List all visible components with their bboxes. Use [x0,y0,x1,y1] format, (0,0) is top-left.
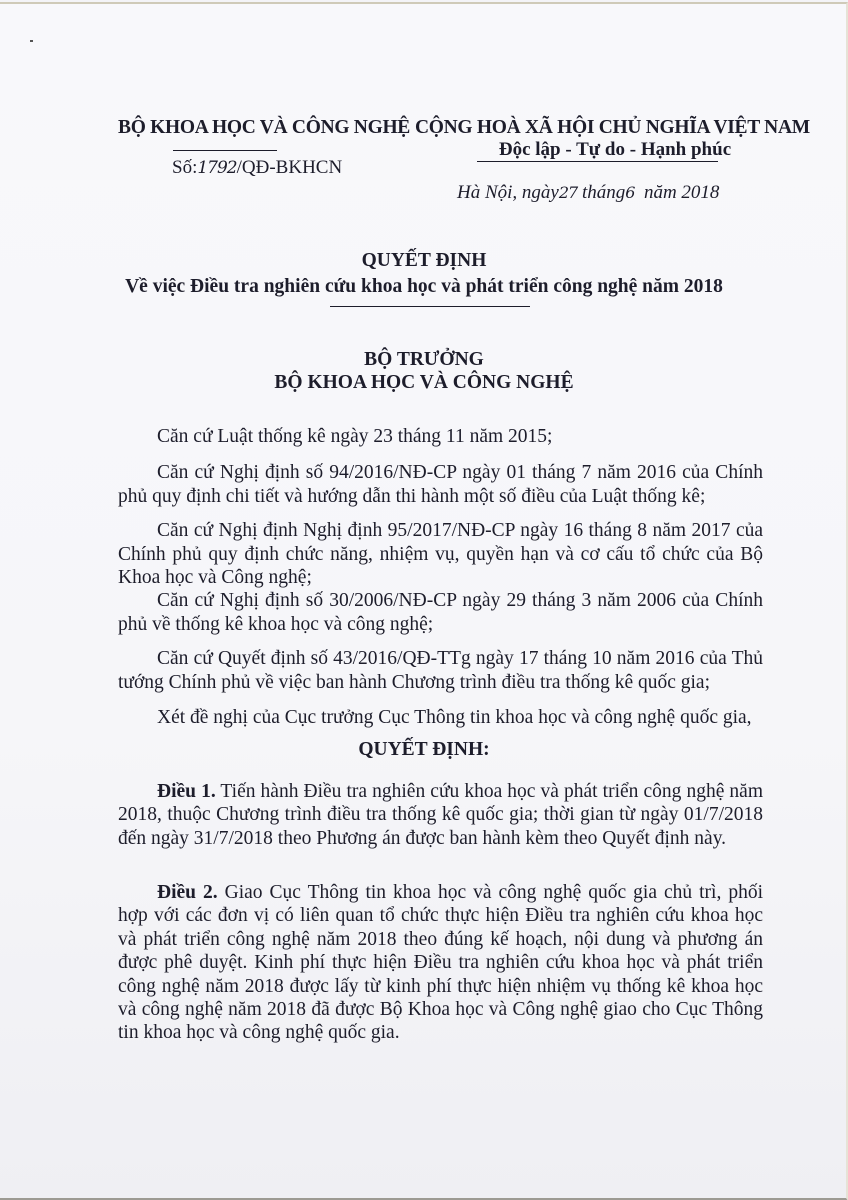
article-label: Điều 2. [157,882,218,903]
issue-date: Hà Nội, ngày27 tháng6 năm 2018 [457,182,719,204]
preamble-paragraph: Căn cứ Luật thống kê ngày 23 tháng 11 nă… [118,425,763,449]
document-page: BỘ KHOA HỌC VÀ CÔNG NGHỆ Số:1792/QĐ-BKHC… [0,2,848,1200]
preamble-text: Xét đề nghị của Cục trưởng Cục Thông tin… [118,706,763,730]
article-text: Giao Cục Thông tin khoa học và công nghệ… [118,882,763,1043]
preamble-text: Căn cứ Nghị định số 94/2016/NĐ-CP ngày 0… [118,461,763,508]
preamble-paragraph: Căn cứ Nghị định số 94/2016/NĐ-CP ngày 0… [118,461,763,508]
decision-heading: QUYẾT ĐỊNH: [0,739,848,761]
document-subject: Về việc Điều tra nghiên cứu khoa học và … [0,276,848,298]
motto-underline [477,161,718,162]
preamble-paragraph: Căn cứ Nghị định Nghị định 95/2017/NĐ-CP… [118,519,763,590]
preamble-paragraph: Căn cứ Quyết định số 43/2016/QĐ-TTg ngày… [118,647,763,694]
preamble-text: Căn cứ Luật thống kê ngày 23 tháng 11 nă… [118,425,763,449]
preamble-text: Căn cứ Nghị định số 30/2006/NĐ-CP ngày 2… [118,589,763,636]
ministry-name: BỘ KHOA HỌC VÀ CÔNG NGHỆ [118,117,410,139]
article-1: Điều 1. Tiến hành Điều tra nghiên cứu kh… [118,780,763,850]
country-name: CỘNG HOÀ XÃ HỘI CHỦ NGHĨA VIỆT NAM [415,117,810,139]
document-type-heading: QUYẾT ĐỊNH [0,250,848,272]
preamble-paragraph: Căn cứ Nghị định số 30/2006/NĐ-CP ngày 2… [118,589,763,636]
scan-speck [30,40,33,42]
date-month-label: tháng [582,182,625,203]
article-label: Điều 1. [157,781,216,802]
doc-number-handwritten: 1792 [197,158,236,178]
article-text: Tiến hành Điều tra nghiên cứu khoa học v… [118,781,763,849]
date-month: 6 [625,183,634,202]
date-day: 27 [559,183,577,202]
date-prefix: Hà Nội, ngày [457,182,559,203]
national-motto: Độc lập - Tự do - Hạnh phúc [0,139,848,161]
preamble-text: Căn cứ Nghị định Nghị định 95/2017/NĐ-CP… [118,519,763,590]
article-2: Điều 2. Giao Cục Thông tin khoa học và c… [118,881,763,1045]
preamble-paragraph: Xét đề nghị của Cục trưởng Cục Thông tin… [118,706,763,730]
authority-title: BỘ TRƯỞNG [0,349,848,371]
preamble-text: Căn cứ Quyết định số 43/2016/QĐ-TTg ngày… [118,647,763,694]
subject-underline [330,306,530,307]
authority-ministry: BỘ KHOA HỌC VÀ CÔNG NGHỆ [0,372,848,394]
date-year: năm 2018 [644,182,719,203]
